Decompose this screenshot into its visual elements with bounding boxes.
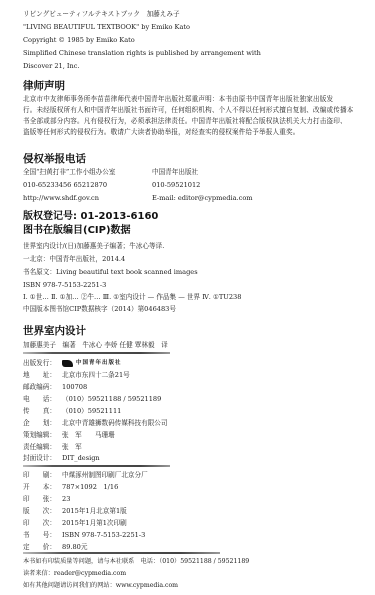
detail-row: 策划编辑：张 军 马珊珊 [23,429,115,441]
detail-key: 策划编辑： [23,429,62,441]
detail-row: 传 真：（010）59521111 [23,405,121,417]
detail-row: 封面设计：DIT_design [23,452,100,464]
detail-value: 北京市东四十二条21号 [62,369,130,381]
detail-row: 企 划：北京中青雄狮数码传媒科技有限公司 [23,417,168,429]
lawyer-statement-line: 盗版等任何形式的侵权行为。敬请广大读者协助举报，对经查实的侵权案件给予举报人重奖… [23,127,363,138]
hotline-right-phone: 010-59521012 [152,181,200,189]
cip-heading: 图书在版编目(CIP)数据 [23,225,131,237]
lawyer-statement-line: 行。未经版权所有人和中国青年出版社书面许可，任何组织机构、个人不得以任何形式擅自… [23,105,363,116]
print-row: 印 次：2015年1月第1次印刷 [23,517,127,529]
divider [23,552,220,554]
detail-row: 电 话：（010）59521188 / 59521189 [23,393,161,405]
detail-key: 传 真： [23,405,62,417]
cip-line: 书名原文：Living beautiful text book scanned … [23,268,198,276]
piracy-hotline-heading: 侵权举报电话 [23,153,86,165]
print-key: 印 刷： [23,469,62,481]
copyright-page: リビングビューティフルテキストブック 加藤えみ子 "LIVING BEAUTIF… [0,0,375,595]
detail-key: 邮政编码： [23,381,62,393]
detail-row: 邮政编码：100708 [23,381,87,393]
detail-value: 张 军 马珊珊 [62,429,115,441]
print-row: 印 刷：中煤涿州制图印刷厂北京分厂 [23,469,148,481]
hotline-left-web: http://www.shdf.gov.cn [23,194,99,202]
print-key: 书 号： [23,529,62,541]
publisher-label: 出版发行： [23,357,62,369]
lawyer-statement-line: 北京市中友律师事务所李苗苗律师代表中国青年出版社郑重声明：本书由原书中国青年出版… [23,94,363,105]
hotline-left-phone: 010-65233456 65212870 [23,181,107,189]
lawyer-statement-line: 书全部或部分内容。凡有侵权行为，必须承担法律责任。中国青年出版社将配合版权执法机… [23,116,363,127]
publisher-logo-icon [62,360,73,367]
detail-key: 地 址： [23,369,62,381]
print-value: 23 [62,493,70,505]
publisher-row: 出版发行：中国青年出版社 [23,357,122,369]
print-key: 开 本： [23,481,62,493]
print-key: 版 次： [23,505,62,517]
japanese-title: リビングビューティフルテキストブック 加藤えみ子 [23,10,180,18]
print-key: 印 次： [23,517,62,529]
divider [23,465,170,467]
english-title: "LIVING BEAUTIFUL TEXTBOOK" by Emiko Kat… [23,23,190,31]
hotline-right-email: E-mail: editor@cypmedia.com [152,194,253,202]
publisher-logo-text: 中国青年出版社 [76,360,122,366]
print-value: 2015年1月北京第1版 [62,505,127,517]
detail-value: （010）59521188 / 59521189 [62,393,161,405]
print-value: 2015年1月第1次印刷 [62,517,127,529]
print-value: ISBN 978-7-5153-2251-3 [62,529,145,541]
hotline-right-org: 中国青年出版社 [152,168,198,176]
divider [23,352,170,354]
cip-classification: Ⅰ. ①世… Ⅱ. ①加… ②牛… Ⅲ. ①室内设计 — 作品集 — 世界 Ⅳ.… [23,293,241,301]
copyright-line: Copyright © 1985 by Emiko Kato [23,36,135,44]
print-row: 印 张：23 [23,493,70,505]
book-title: 世界室内设计 [23,325,86,337]
detail-value: DIT_design [62,452,100,464]
lawyer-statement-heading: 律师声明 [23,80,65,92]
detail-key: 封面设计： [23,452,62,464]
cip-data-number: 中国版本图书馆CIP数据核字（2014）第046483号 [23,305,176,313]
detail-value: 北京中青雄狮数码传媒科技有限公司 [62,417,168,429]
copyright-registration-number: 版权登记号: 01-2013-6160 [23,211,158,223]
book-credits: 加藤惠美子 编著 牛冰心 李娇 任健 覃林毅 译 [23,341,168,349]
print-row: 书 号：ISBN 978-7-5153-2251-3 [23,529,145,541]
print-key: 印 张： [23,493,62,505]
print-value: 787×1092 1/16 [62,481,118,493]
cip-line: 一北京：中国青年出版社，2014.4 [23,255,125,263]
detail-value: 100708 [62,381,87,393]
cip-isbn: ISBN 978-7-5153-2251-3 [23,281,106,289]
detail-row: 地 址：北京市东四十二条21号 [23,369,130,381]
print-value: 中煤涿州制图印刷厂北京分厂 [62,469,148,481]
print-row: 开 本：787×1092 1/16 [23,481,118,493]
detail-key: 电 话： [23,393,62,405]
print-row: 版 次：2015年1月北京第1版 [23,505,127,517]
detail-key: 企 划： [23,417,62,429]
cip-line: 世界室内设计/(日)加藤惠美子编著；牛冰心等译. [23,242,164,250]
translation-rights-line-2: Discover 21, Inc. [23,62,80,70]
lawyer-statement-body: 北京市中友律师事务所李苗苗律师代表中国青年出版社郑重声明：本书由原书中国青年出版… [23,94,363,138]
translation-rights-line-1: Simplified Chinese translation rights is… [23,49,261,57]
detail-value: （010）59521111 [62,405,121,417]
hotline-left-org: 全国“扫黄打非”工作小组办公室 [23,168,115,176]
footer-website: 如有其他问题请访问我们的网站：www.cypmedia.com [23,579,178,592]
